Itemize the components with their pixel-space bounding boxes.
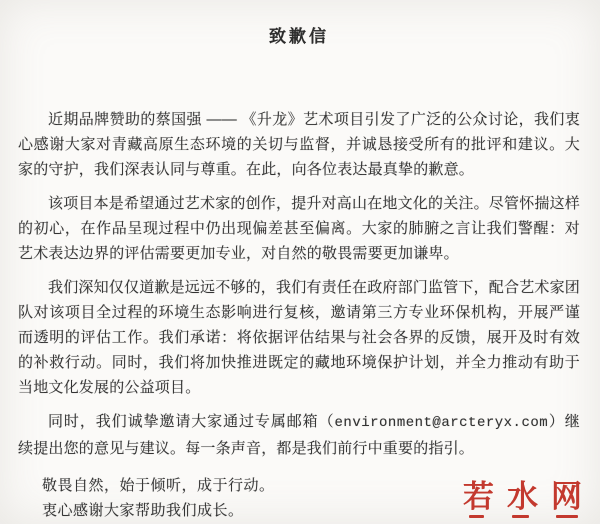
letter-body: 近期品牌赞助的蔡国强 —— 《升龙》艺术项目引发了广泛的公众讨论，我们衷心感谢大…: [18, 107, 580, 461]
paragraph-reflection: 该项目本是希望通过艺术家的创作，提升对高山在地文化的关注。尽管怀揣这样的初心，在…: [18, 191, 580, 266]
contact-email-address: environment@arcteryx.com: [335, 415, 549, 431]
watermark-logo-text: 若水网: [463, 481, 595, 512]
page-title: 致歉信: [18, 22, 580, 47]
watermark-subtext-mark: [469, 515, 484, 518]
paragraph-commitment: 我们深知仅仅道歉是远远不够的，我们有责任在政府部门监管下，配合艺术家团队对该项目…: [18, 275, 580, 400]
paragraph-contact: 同时，我们诚挚邀请大家通过专属邮箱（environment@arcteryx.c…: [18, 409, 580, 461]
contact-text-before-email: 同时，我们诚挚邀请大家通过专属邮箱（: [48, 413, 335, 430]
paragraph-intro: 近期品牌赞助的蔡国强 —— 《升龙》艺术项目引发了广泛的公众讨论，我们衷心感谢大…: [18, 107, 580, 182]
watermark-subtext-mark: [556, 515, 578, 518]
apology-letter-page: 致歉信 近期品牌赞助的蔡国强 —— 《升龙》艺术项目引发了广泛的公众讨论，我们衷…: [0, 0, 600, 524]
watermark-subtext-mark: [512, 515, 529, 518]
ruoshui-watermark: 若水网: [463, 481, 582, 518]
